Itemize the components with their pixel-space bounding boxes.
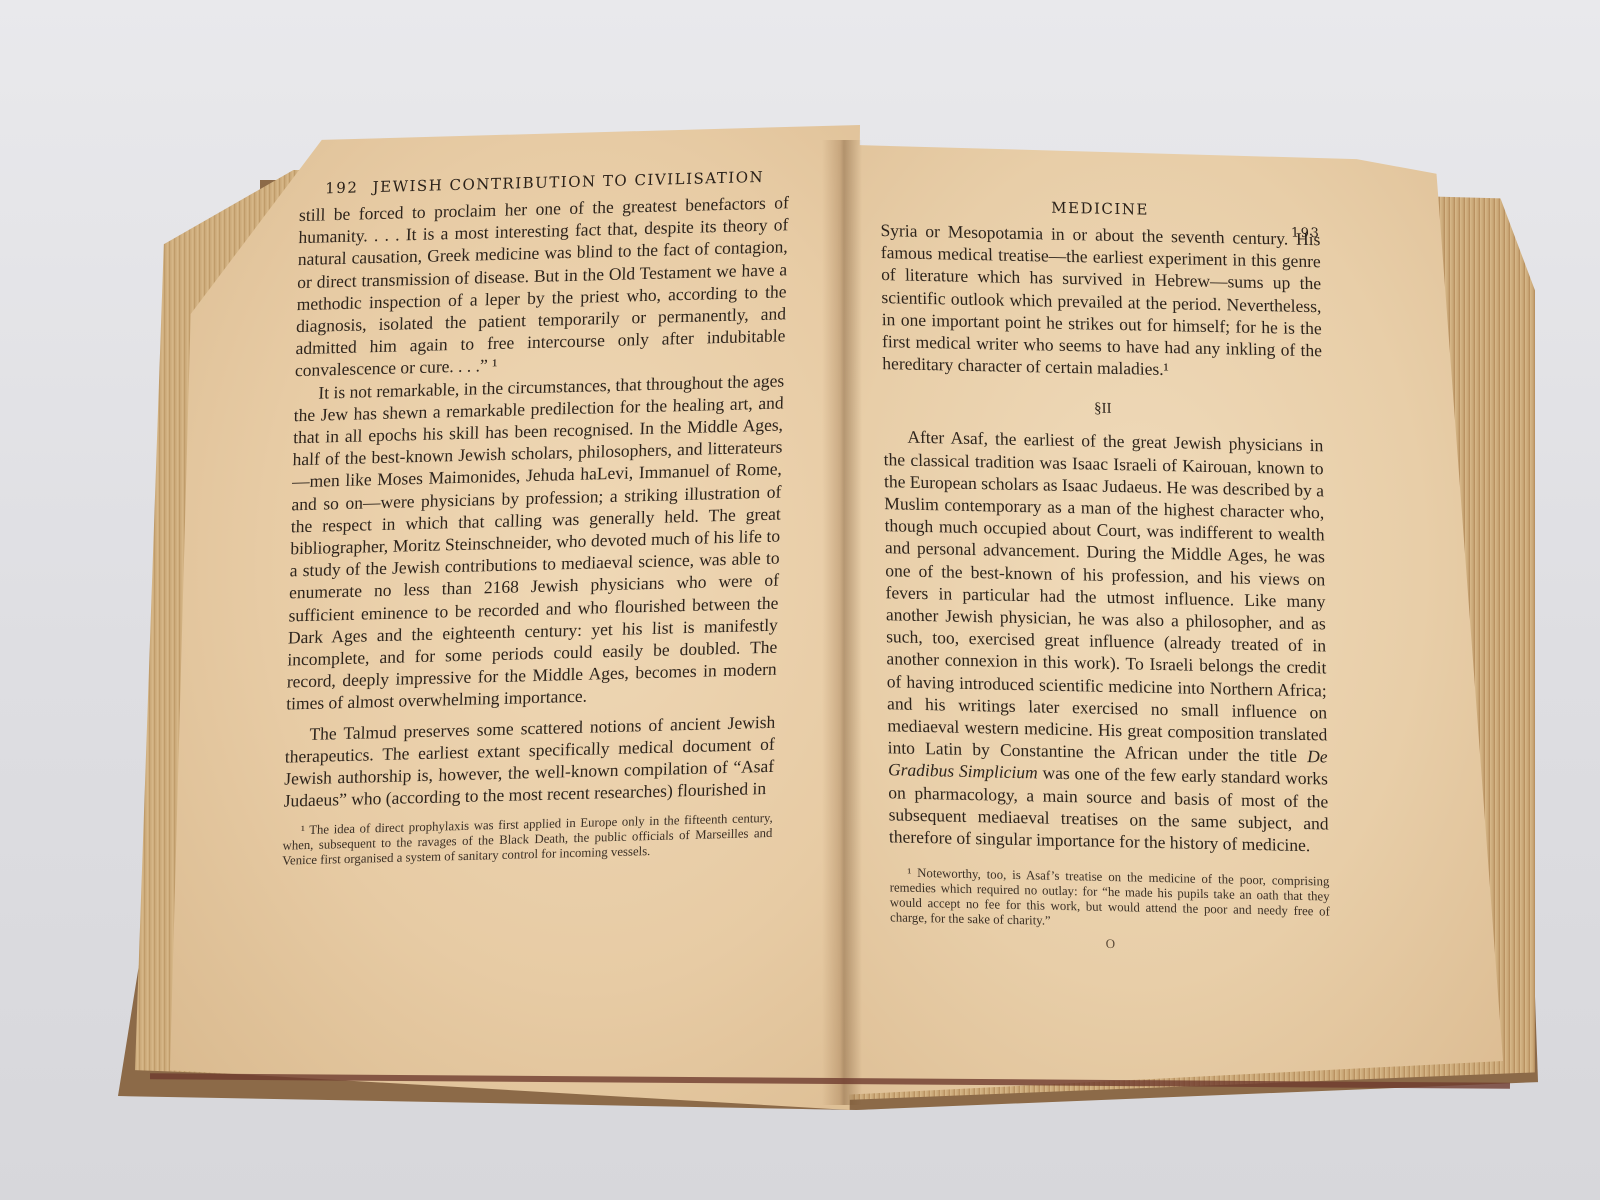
right-paragraph-1: Syria or Mesopotamia in or about the sev… — [880, 219, 1322, 384]
left-page-text: 192 JEWISH CONTRIBUTION TO CIVILISATION … — [282, 167, 790, 869]
right-paragraph-2-part-1: After Asaf, the earliest of the great Je… — [884, 427, 1328, 766]
right-footnote: ¹ Noteworthy, too, is Asaf’s treatise on… — [889, 866, 1330, 935]
right-page-text: MEDICINE 193 Syria or Mesopotamia in or … — [880, 195, 1330, 957]
right-running-title: MEDICINE — [1051, 199, 1149, 219]
right-paragraph-2: After Asaf, the earliest of the great Je… — [883, 426, 1329, 857]
left-paragraph-1: still be forced to proclaim her one of t… — [295, 191, 789, 382]
left-page-number: 192 — [325, 178, 359, 197]
right-page-number: 193 — [1291, 226, 1321, 242]
left-paragraph-2: It is not remarkable, in the circumstanc… — [286, 369, 785, 715]
section-mark: §II — [883, 397, 1323, 423]
left-paragraph-3: The Talmud preserves some scattered noti… — [283, 710, 775, 812]
book-gutter — [822, 140, 862, 1105]
